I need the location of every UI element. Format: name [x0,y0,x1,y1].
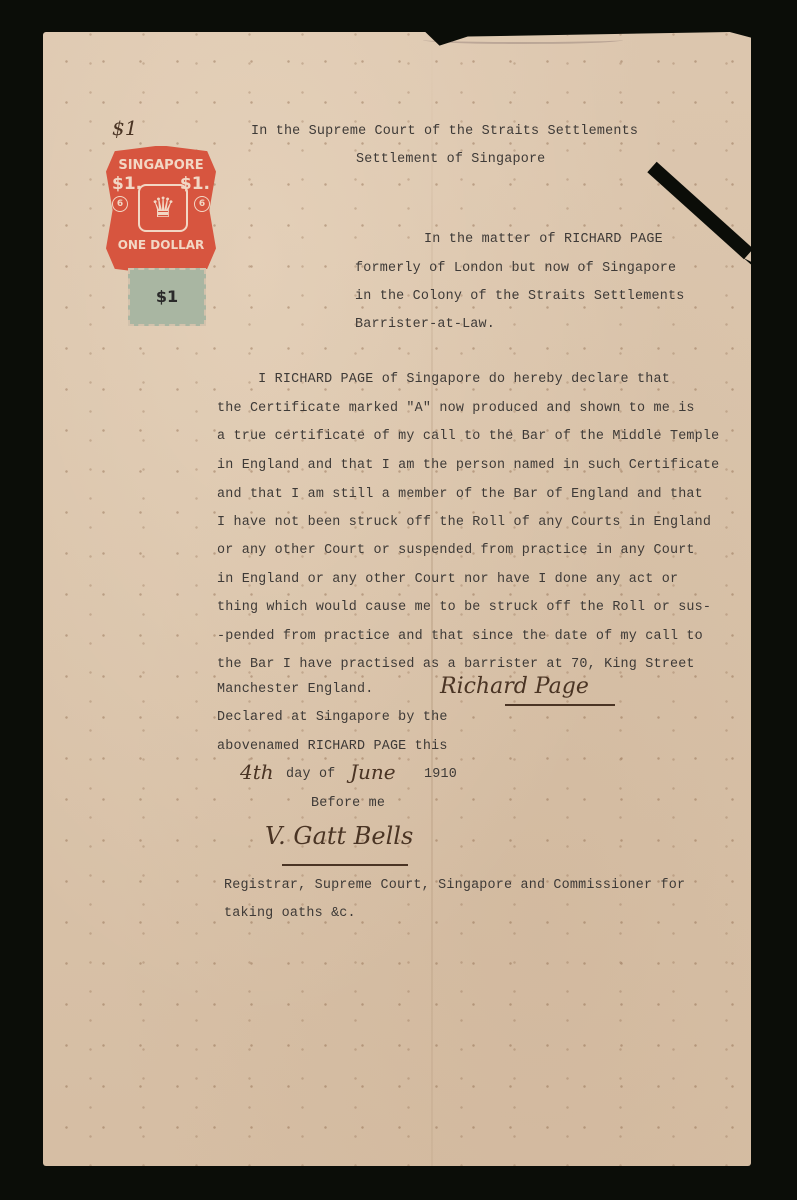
declared-line: Declared at Singapore by the [217,710,448,725]
body-line: Manchester England. [217,682,373,697]
body-line: the Certificate marked "A" now produced … [217,401,695,416]
registrar-signature: V. Gatt Bells [265,822,413,850]
stamp-country: SINGAPORE [106,158,216,173]
declarant-signature: Richard Page [440,674,589,699]
body-line: I RICHARD PAGE of Singapore do hereby de… [217,372,670,387]
handwritten-month: June [350,760,396,784]
matter-line: In the matter of RICHARD PAGE [424,232,663,247]
body-line: -pended from practice and that since the… [217,629,703,644]
registrar-underline [282,864,408,866]
year: 1910 [424,767,457,782]
matter-line: Barrister-at-Law. [355,317,495,332]
settlement-heading: Settlement of Singapore [356,152,545,167]
body-line: in England and that I am the person name… [217,458,719,473]
body-line: the Bar I have practised as a barrister … [217,657,695,672]
stamp-corner-right: 6 [194,196,210,212]
body-line: and that I am still a member of the Bar … [217,487,703,502]
stamp-denomination: ONE DOLLAR [106,238,216,252]
crown-icon: ♛ [138,184,188,232]
declared-line: abovenamed RICHARD PAGE this [217,739,448,754]
signature-underline [505,704,615,706]
day-of-label: day of [286,767,335,782]
body-line: or any other Court or suspended from pra… [217,543,695,558]
adhesive-stamp: $1 [128,268,206,326]
registrar-title: taking oaths &c. [224,906,356,921]
body-line: I have not been struck off the Roll of a… [217,515,711,530]
matter-line: in the Colony of the Straits Settlements [355,289,684,304]
stamp-corner-left: 6 [112,196,128,212]
adhesive-stamp-value: $1 [156,287,178,306]
body-line: in England or any other Court nor have I… [217,572,678,587]
pencil-note: $1 [112,116,137,140]
matter-line: formerly of London but now of Singapore [355,261,676,276]
registrar-title: Registrar, Supreme Court, Singapore and … [224,878,685,893]
body-line: a true certificate of my call to the Bar… [217,429,719,444]
fold-line [431,32,433,1166]
revenue-stamp: SINGAPORE $1. $1. 6 ♛ 6 ONE DOLLAR [106,146,216,274]
court-heading: In the Supreme Court of the Straits Sett… [251,124,638,139]
body-line: thing which would cause me to be struck … [217,600,711,615]
paper-crease [423,36,623,44]
handwritten-day: 4th [240,760,274,784]
before-me-label: Before me [311,796,385,811]
